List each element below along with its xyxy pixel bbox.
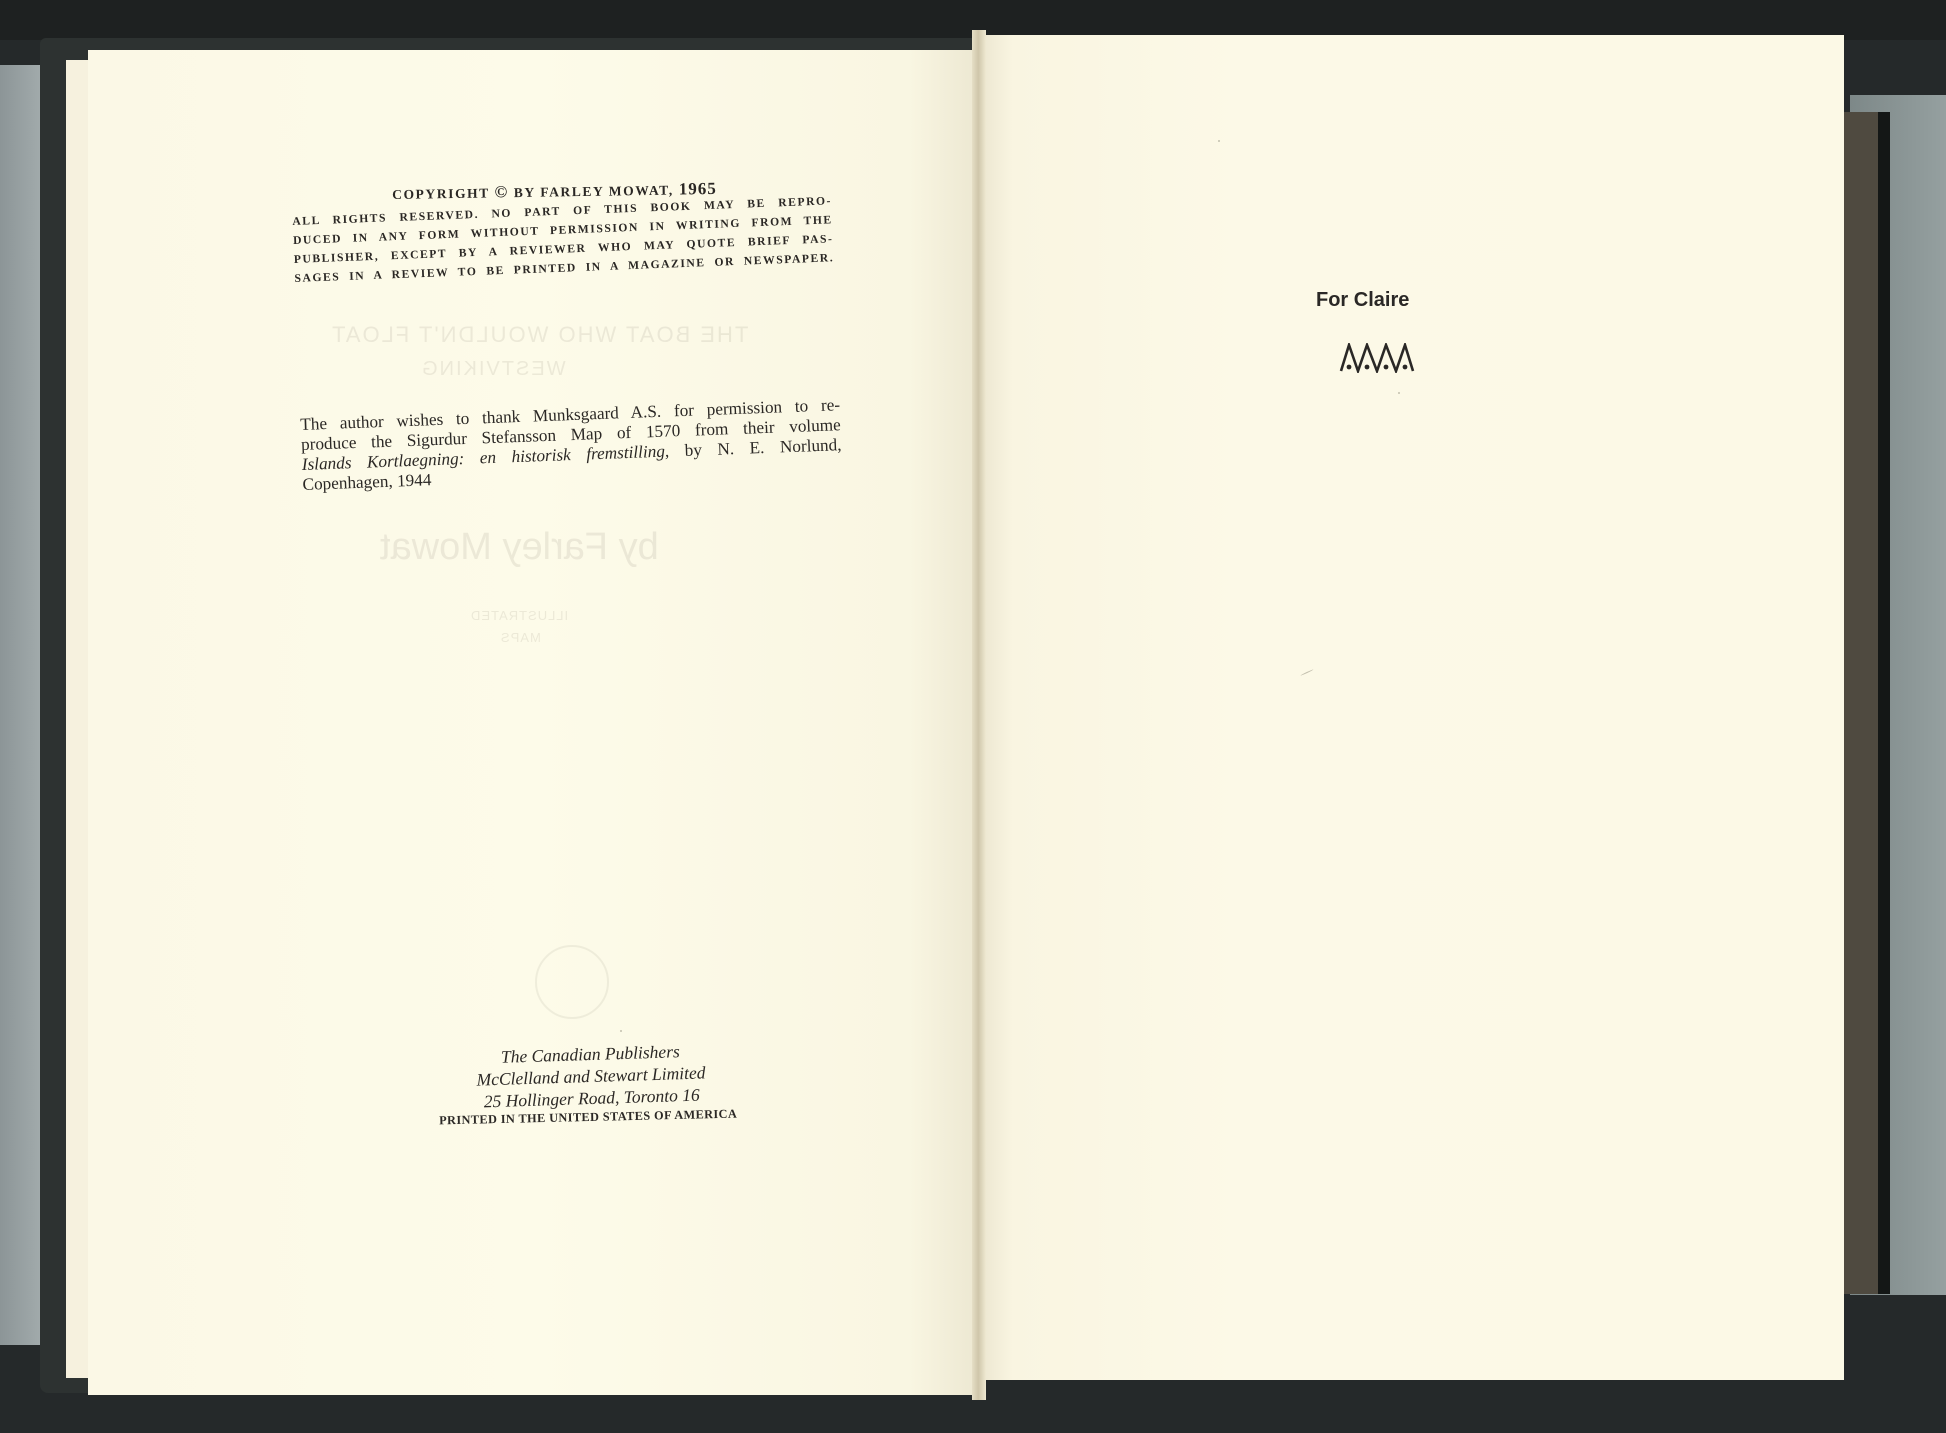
bleed-through-text: by Farley Mowat <box>380 526 659 569</box>
paper-speck <box>620 1030 622 1032</box>
bleed-through-text: THE BOAT WHO WOULDN'T FLOAT <box>330 322 748 348</box>
book-gutter <box>972 30 986 1400</box>
copyright-symbol-icon: © <box>494 182 509 201</box>
paper-speck <box>1218 140 1220 142</box>
paper-speck <box>1398 392 1400 394</box>
dedication: For Claire <box>1316 289 1409 312</box>
bleed-through-seal <box>535 945 609 1019</box>
bleed-through-text: MAPS <box>500 630 541 645</box>
bleed-through-text: ILLUSTRATED <box>470 608 568 623</box>
scanner-background-left <box>0 65 42 1345</box>
right-page <box>978 35 1844 1380</box>
bleed-through-text: WESTVIKING <box>420 358 566 381</box>
crown-ornament-icon <box>1339 343 1415 373</box>
publisher-imprint: The Canadian Publishers McClelland and S… <box>420 1038 762 1115</box>
copyright-prefix: COPYRIGHT <box>392 185 490 202</box>
book-cover-right <box>1840 112 1890 1294</box>
